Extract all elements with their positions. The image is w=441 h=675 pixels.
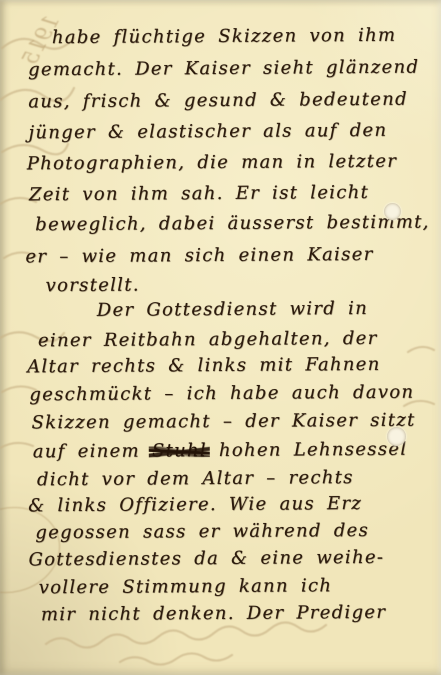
handwriting-line: habe flüchtige Skizzen von ihm xyxy=(52,25,397,48)
punch-hole xyxy=(384,203,401,220)
line-segment: auf einem xyxy=(33,440,152,462)
handwriting-line: beweglich, dabei äusserst bestimmt, xyxy=(35,212,430,236)
handwriting-line: mir nicht denken. Der Prediger xyxy=(41,602,386,625)
handwriting-line-with-strikethrough: auf einem Stuhl hohen Lehnsessel xyxy=(33,439,408,463)
punch-hole xyxy=(387,427,406,446)
line-segment: hohen Lehnsessel xyxy=(207,439,408,461)
handwriting-line: Zeit von ihm sah. Er ist leicht xyxy=(29,182,369,205)
handwriting-line: dicht vor dem Altar – rechts xyxy=(37,467,354,490)
handwriting-block: habe flüchtige Skizzen von ihm gemacht. … xyxy=(0,0,441,675)
handwriting-line: aus, frisch & gesund & bedeutend xyxy=(28,89,408,113)
handwriting-line: & links Offiziere. Wie aus Erz xyxy=(28,493,362,516)
handwriting-line: einer Reitbahn abgehalten, der xyxy=(38,328,378,351)
handwriting-line: vorstellt. xyxy=(46,275,140,297)
handwriting-line: jünger & elastischer als auf den xyxy=(28,120,387,144)
handwriting-line: er – wie man sich einen Kaiser xyxy=(25,244,373,267)
handwriting-line: Photographien, die man in letzter xyxy=(27,151,398,175)
handwriting-line: gemacht. Der Kaiser sieht glänzend xyxy=(28,57,419,81)
handwriting-line: gegossen sass er während des xyxy=(35,520,369,543)
handwriting-line: Skizzen gemacht – der Kaiser sitzt xyxy=(32,410,416,434)
struck-word: Stuhl xyxy=(152,440,207,461)
handwriting-line: vollere Stimmung kann ich xyxy=(39,575,333,598)
manuscript-page: 1915 habe flüchtige Skizzen von ihm gema… xyxy=(0,0,441,675)
handwriting-line: Der Gottesdienst wird in xyxy=(97,298,368,321)
handwriting-line: Altar rechts & links mit Fahnen xyxy=(27,354,381,377)
handwriting-line: Gottesdienstes da & eine weihe- xyxy=(28,547,384,570)
handwriting-line: geschmückt – ich habe auch davon xyxy=(29,382,414,406)
